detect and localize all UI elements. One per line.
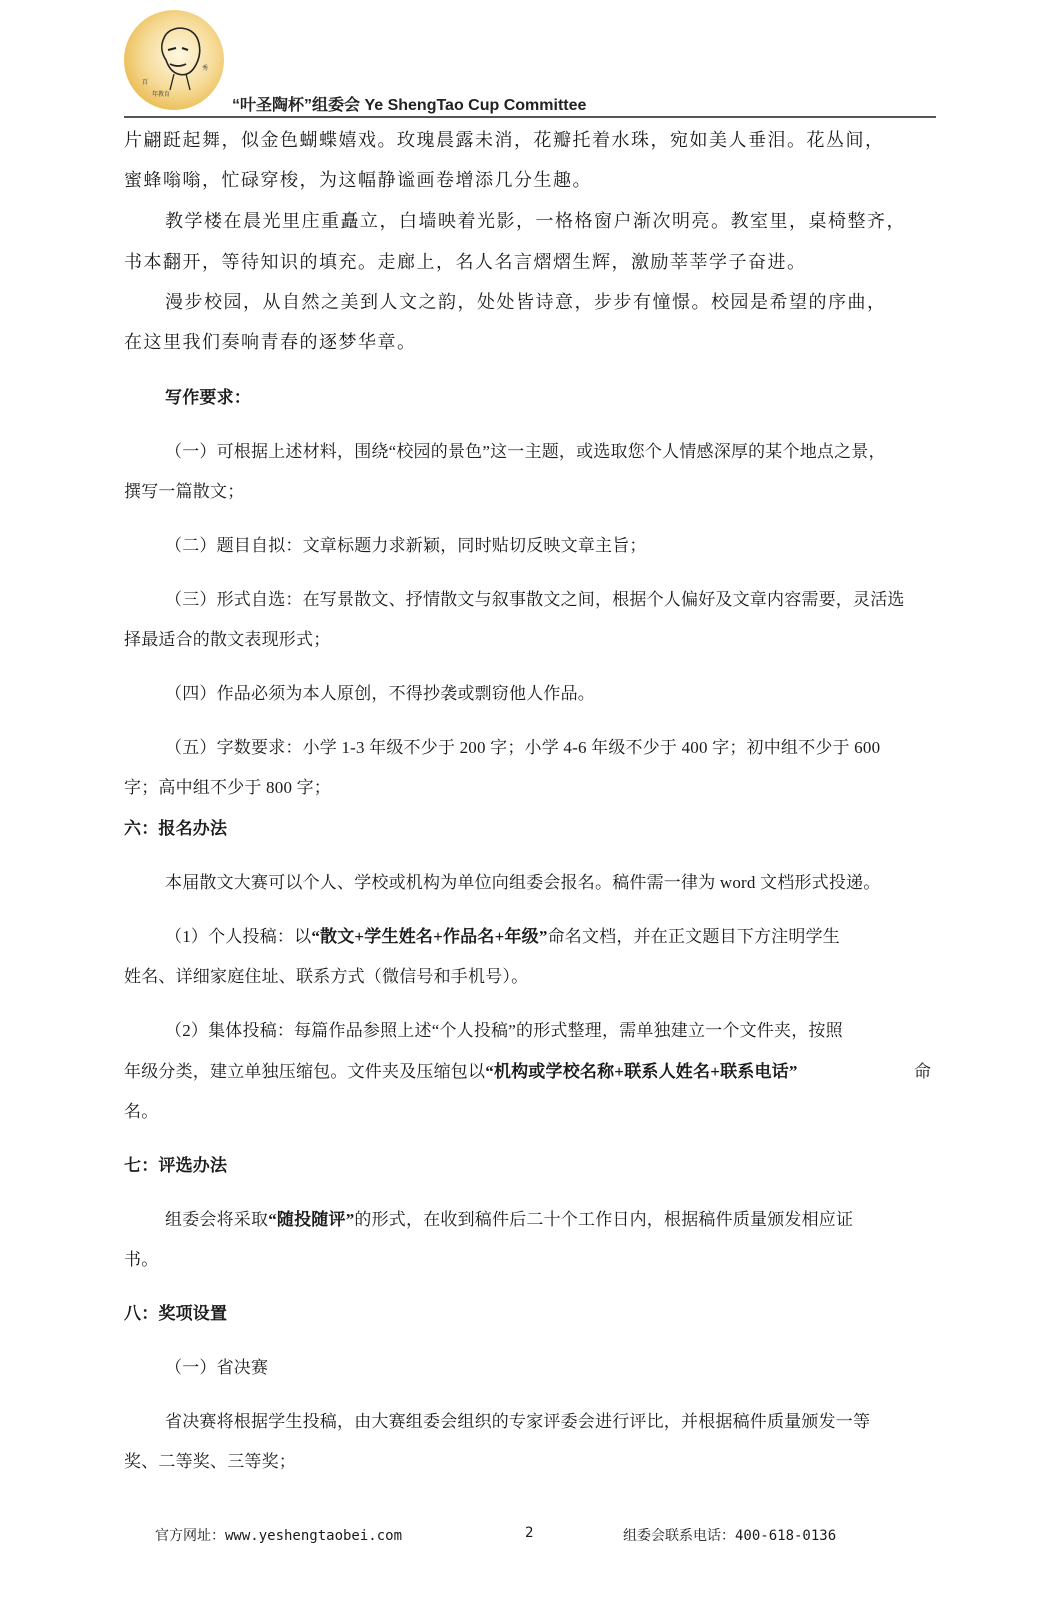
evaluation-suffix: 的形式，在收到稿件后二十个工作日内，根据稿件质量颁发相应证 [354, 1210, 853, 1229]
footer-phone: 组委会联系电话：400-618-0136 [623, 1525, 836, 1545]
section-heading-awards: 八：奖项设置 [124, 1299, 227, 1324]
individual-submission-line2: 姓名、详细家庭住址、联系方式（微信号和手机号）。 [124, 962, 528, 987]
evaluation-text: 组委会将采取“随投随评”的形式，在收到稿件后二十个工作日内，根据稿件质量颁发相应… [165, 1205, 853, 1230]
essay-line: 书本翻开，等待知识的填充。走廊上，名人名言熠熠生辉，激励莘莘学子奋进。 [124, 248, 807, 274]
requirement-item: （五）字数要求：小学 1-3 年级不少于 200 字；小学 4-6 年级不少于 … [165, 733, 880, 758]
essay-line: 蜜蜂嗡嗡，忙碌穿梭，为这幅静谧画卷增添几分生趣。 [124, 166, 592, 192]
requirement-item: （四）作品必须为本人原创，不得抄袭或剽窃他人作品。 [165, 679, 595, 704]
essay-line: 片翩跹起舞，似金色蝴蝶嬉戏。玫瑰晨露未消，花瓣托着水珠，宛如美人垂泪。花丛间， [124, 126, 885, 152]
awards-text: 省决赛将根据学生投稿，由大赛组委会组织的专家评委会进行评比，并根据稿件质量颁发一… [165, 1407, 870, 1432]
requirement-item: 择最适合的散文表现形式； [124, 625, 330, 650]
individual-suffix: 命名文档，并在正文题目下方注明学生 [548, 927, 840, 946]
requirement-item: （二）题目自拟：文章标题力求新颖，同时贴切反映文章主旨； [165, 531, 647, 556]
group-submission-line3: 名。 [124, 1097, 158, 1122]
evaluation-prefix: 组委会将采取 [165, 1210, 268, 1229]
awards-text-line2: 奖、二等奖、三等奖； [124, 1447, 296, 1472]
essay-line: 漫步校园，从自然之美到人文之韵，处处皆诗意，步步有憧憬。校园是希望的序曲， [165, 288, 887, 314]
group-suffix: 命 [914, 1057, 931, 1082]
evaluation-mode: “随投随评” [268, 1210, 354, 1229]
section-heading-evaluation: 七：评选办法 [124, 1151, 227, 1176]
requirement-item: 字；高中组不少于 800 字； [124, 773, 331, 798]
svg-text:年教育: 年教育 [152, 90, 170, 98]
writing-requirements-heading: 写作要求： [165, 383, 251, 408]
requirement-item: （三）形式自选：在写景散文、抒情散文与叙事散文之间，根据个人偏好及文章内容需要，… [165, 585, 905, 610]
section-heading-registration: 六：报名办法 [124, 814, 227, 839]
registration-intro: 本届散文大赛可以个人、学校或机构为单位向组委会报名。稿件需一律为 word 文档… [165, 868, 880, 893]
group-prefix: 年级分类，建立单独压缩包。文件夹及压缩包以 [124, 1062, 485, 1081]
essay-line: 在这里我们奏响青春的逐梦华章。 [124, 328, 417, 354]
page-number: 2 [525, 1525, 533, 1541]
ye-shengtao-portrait-logo-icon: 百 年教育 秀 [124, 10, 224, 110]
header-title: “叶圣陶杯”组委会 Ye ShengTao Cup Committee [232, 92, 586, 115]
individual-naming-format: “散文+学生姓名+作品名+年级” [311, 927, 547, 946]
individual-submission: （1）个人投稿：以“散文+学生姓名+作品名+年级”命名文档，并在正文题目下方注明… [165, 922, 840, 947]
requirement-item: 撰写一篇散文； [124, 477, 244, 502]
awards-subheading: （一）省决赛 [165, 1353, 268, 1378]
svg-text:秀: 秀 [202, 64, 208, 72]
evaluation-text-line2: 书。 [124, 1245, 158, 1270]
group-submission-line2: 年级分类，建立单独压缩包。文件夹及压缩包以“机构或学校名称+联系人姓名+联系电话… [124, 1057, 798, 1082]
individual-prefix: （1）个人投稿：以 [165, 927, 311, 946]
essay-line: 教学楼在晨光里庄重矗立，白墙映着光影，一格格窗户渐次明亮。教室里，桌椅整齐， [165, 207, 906, 233]
group-submission: （2）集体投稿：每篇作品参照上述“个人投稿”的形式整理，需单独建立一个文件夹，按… [165, 1016, 843, 1041]
group-naming-format: “机构或学校名称+联系人姓名+联系电话” [485, 1062, 797, 1081]
footer-website-link[interactable]: 官方网址：www.yeshengtaobei.com [155, 1525, 402, 1545]
requirement-item: （一）可根据上述材料，围绕“校园的景色”这一主题，或选取您个人情感深厚的某个地点… [165, 437, 886, 462]
header-divider [124, 116, 936, 118]
svg-text:百: 百 [142, 78, 148, 86]
